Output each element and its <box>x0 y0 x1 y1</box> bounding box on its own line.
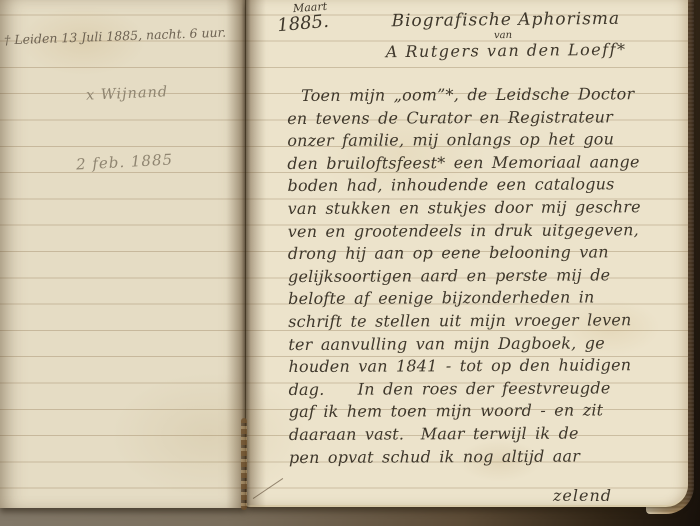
left-page <box>0 0 246 508</box>
title-line-1: Biografische Aphorisma <box>341 8 671 31</box>
manuscript-line: Toen mijn „oom”*, de Leidsche Doctor <box>287 83 687 108</box>
manuscript-line: den bruiloftsfeest* een Memoriaal aange <box>287 151 687 176</box>
manuscript-line: onzer familie, mij onlangs op het gou <box>287 128 687 153</box>
manuscript-body: Toen mijn „oom”*, de Leidsche Doctor en … <box>287 83 689 469</box>
manuscript-line: boden had, inhoudende een catalogus <box>287 173 687 198</box>
catchword: zelend <box>553 486 612 505</box>
manuscript-line: ven en grootendeels in druk uitgegeven, <box>288 219 688 244</box>
manuscript-line: en tevens de Curator en Registrateur <box>287 106 687 131</box>
manuscript-line: houden van 1841 - tot op den huidigen <box>288 354 688 379</box>
manuscript-line: pen opvat schud ik nog altijd aar <box>289 444 689 469</box>
notebook-scan: † Leiden 13 Juli 1885, nacht. 6 uur. x W… <box>0 0 700 526</box>
manuscript-line: gelijksoortigen aard en perste mij de <box>288 264 688 289</box>
manuscript-title: Biografische Aphorisma van A Rutgers van… <box>341 8 672 61</box>
manuscript-line: schrift te stellen uit mijn vroeger leve… <box>288 309 688 334</box>
manuscript-line: van stukken en stukjes door mij geschre <box>288 196 688 221</box>
title-line-2: A Rutgers van den Loeff* <box>341 39 671 61</box>
margin-date-year: 1885. <box>267 10 339 37</box>
manuscript-line: gaf ik hem toen mijn woord - en zit <box>289 399 689 424</box>
manuscript-line: belofte af eenige bijzonderheden in <box>288 286 688 311</box>
manuscript-line: ter aanvulling van mijn Dagboek, ge <box>288 331 688 356</box>
margin-date: Maart 1885. <box>268 1 338 34</box>
manuscript-line: dag. In den roes der feestvreugde <box>289 377 689 402</box>
manuscript-line: drong hij aan op eene belooning van <box>288 241 688 266</box>
manuscript-line: daaraan vast. Maar terwijl ik de <box>289 422 689 447</box>
